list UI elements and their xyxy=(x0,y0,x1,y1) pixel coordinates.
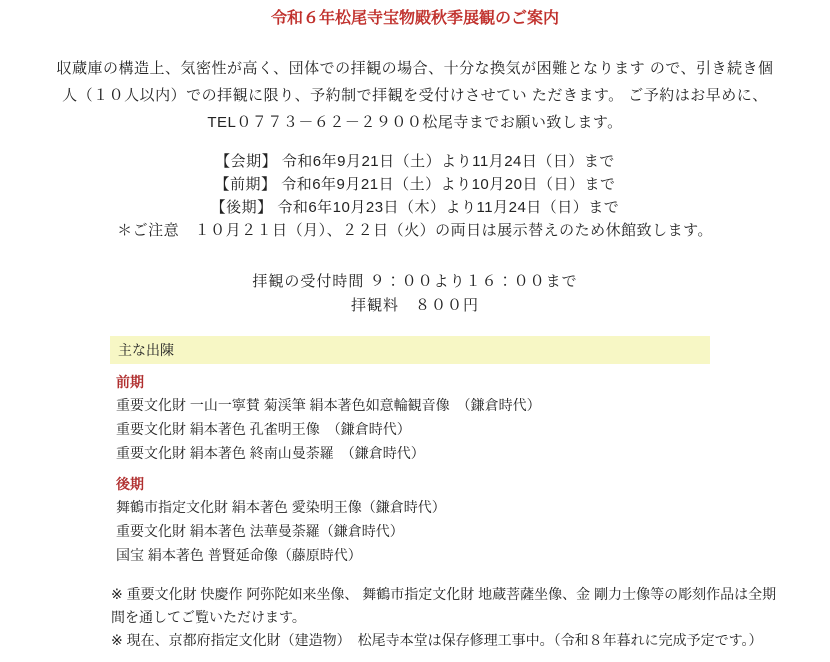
first-period-list: 重要文化財 一山一寧賛 菊渓筆 絹本著色如意輪観音像 （鎌倉時代） 重要文化財 … xyxy=(116,393,720,465)
period-full-term: 【会期】 令和6年9月21日（土）より11月24日（日）まで xyxy=(0,150,830,173)
intro-line: 収蔵庫の構造上、気密性が高く、団体での拝観の場合、十分な換気が困難となります の… xyxy=(0,55,830,82)
footnote-sculptures: ※ 重要文化財 快慶作 阿弥陀如来坐像、 舞鶴市指定文化財 地蔵菩薩坐像、金 剛… xyxy=(111,583,811,606)
reception-info: 拝観の受付時間 ９：００より１６：００まで 拝観料 ８００円 xyxy=(0,270,830,318)
exhibits-header: 主な出陳 xyxy=(110,336,710,364)
exhibit-item: 重要文化財 一山一寧賛 菊渓筆 絹本著色如意輪観音像 （鎌倉時代） xyxy=(116,393,720,417)
announcement-page: 令和６年松尾寺宝物殿秋季展観のご案内 収蔵庫の構造上、気密性が高く、団体での拝観… xyxy=(0,0,830,662)
first-period-label: 前期 xyxy=(116,373,720,391)
second-period-list: 舞鶴市指定文化財 絹本著色 愛染明王像（鎌倉時代） 重要文化財 絹本著色 法華曼… xyxy=(116,495,720,567)
footnote-sculptures-cont: 間を通してご覧いただけます。 xyxy=(111,606,811,629)
exhibit-item: 重要文化財 絹本著色 法華曼荼羅（鎌倉時代） xyxy=(116,519,720,543)
admission-fee: 拝観料 ８００円 xyxy=(0,294,830,318)
period-second-term: 【後期】 令和6年10月23日（木）より11月24日（日）まで xyxy=(0,196,830,219)
intro-line: 人（１０人以内）での拝観に限り、予約制で拝観を受付けさせてい ただきます。 ご予… xyxy=(0,82,830,109)
page-title: 令和６年松尾寺宝物殿秋季展観のご案内 xyxy=(0,0,830,29)
exhibit-item: 重要文化財 絹本著色 孔雀明王像 （鎌倉時代） xyxy=(116,417,720,441)
reception-hours: 拝観の受付時間 ９：００より１６：００まで xyxy=(0,270,830,294)
exhibit-item: 国宝 絹本著色 普賢延命像（藤原時代） xyxy=(116,543,720,567)
footnote-renovation: ※ 現在、京都府指定文化財（建造物） 松尾寺本堂は保存修理工事中。（令和８年暮れ… xyxy=(111,629,811,652)
exhibit-item: 重要文化財 絹本著色 終南山曼荼羅 （鎌倉時代） xyxy=(116,441,720,465)
closure-notice: ＊ご注意 １０月２１日（月）、２２日（火）の両日は展示替えのため休館致します。 xyxy=(0,219,830,242)
intro-paragraph: 収蔵庫の構造上、気密性が高く、団体での拝観の場合、十分な換気が困難となります の… xyxy=(0,55,830,136)
second-period-label: 後期 xyxy=(116,475,720,493)
intro-line-phone: TEL０７７３－６２－２９００松尾寺までお願い致します。 xyxy=(0,109,830,136)
exhibition-periods: 【会期】 令和6年9月21日（土）より11月24日（日）まで 【前期】 令和6年… xyxy=(0,150,830,242)
exhibits-section: 主な出陳 前期 重要文化財 一山一寧賛 菊渓筆 絹本著色如意輪観音像 （鎌倉時代… xyxy=(110,336,720,567)
exhibit-item: 舞鶴市指定文化財 絹本著色 愛染明王像（鎌倉時代） xyxy=(116,495,720,519)
period-first-term: 【前期】 令和6年9月21日（土）より10月20日（日）まで xyxy=(0,173,830,196)
footnotes: ※ 重要文化財 快慶作 阿弥陀如来坐像、 舞鶴市指定文化財 地蔵菩薩坐像、金 剛… xyxy=(111,583,811,652)
